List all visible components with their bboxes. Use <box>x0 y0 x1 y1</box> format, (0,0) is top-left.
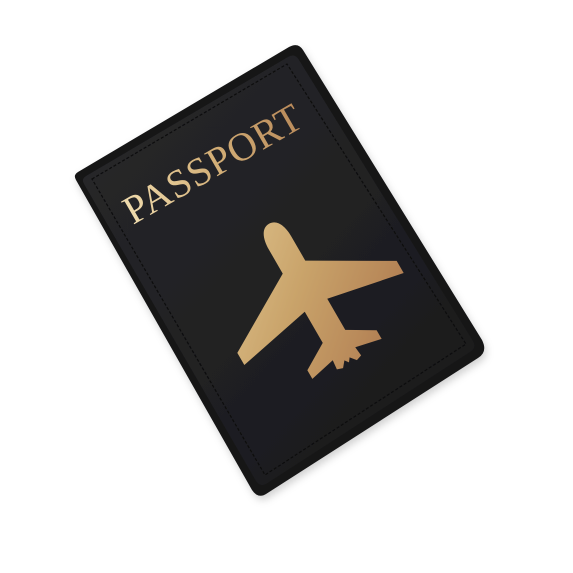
passport-cover-illustration: PASSPORT <box>0 0 573 573</box>
product-photo: PASSPORT <box>0 0 573 573</box>
